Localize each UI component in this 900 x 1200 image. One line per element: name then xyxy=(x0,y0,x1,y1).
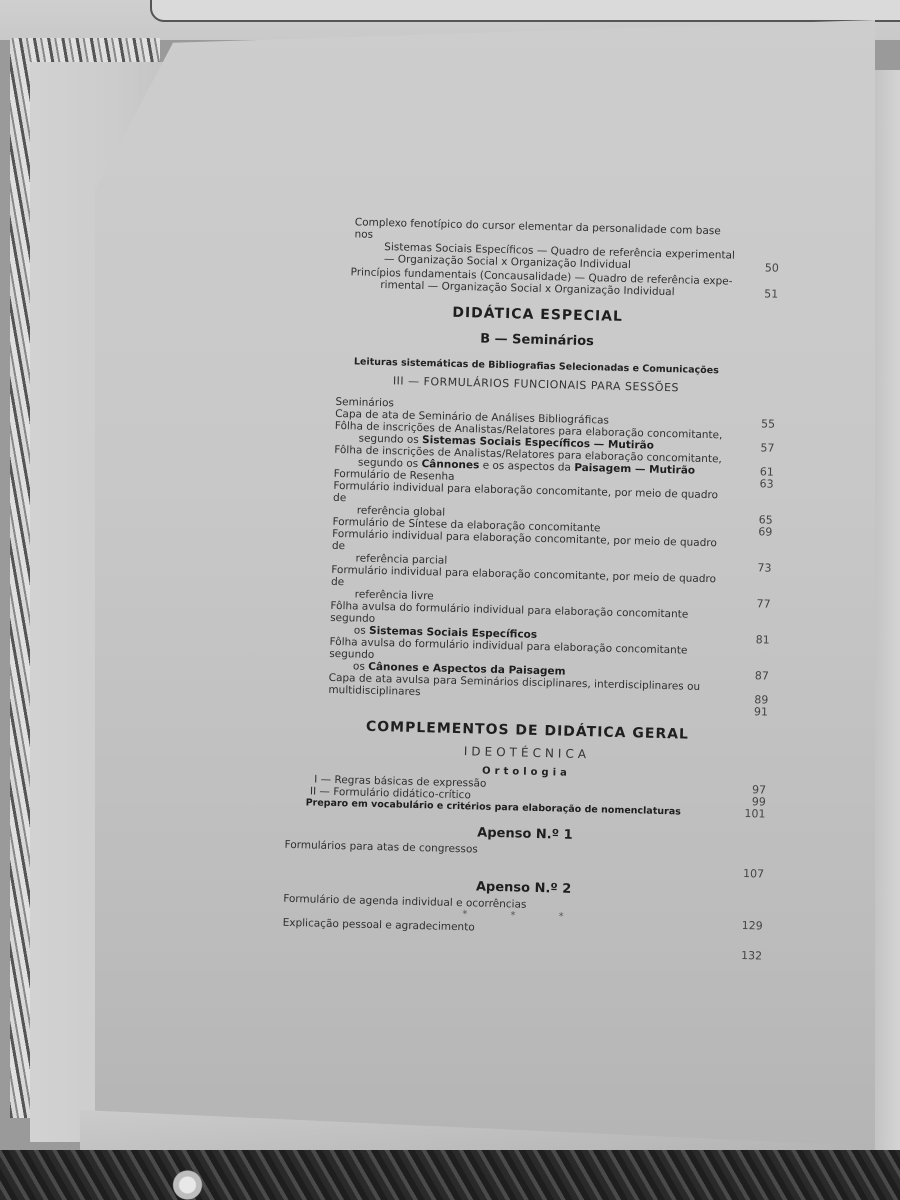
fabric-flower-pattern xyxy=(165,1165,210,1200)
photo-scene: Complexo fenotípico do cursor elementar … xyxy=(0,0,900,1200)
page-number: 55 xyxy=(745,418,775,431)
table-of-contents: Complexo fenotípico do cursor elementar … xyxy=(283,215,780,941)
page-number: 57 xyxy=(744,442,774,455)
background-device-edge xyxy=(150,0,900,22)
page-number: 73 xyxy=(741,562,771,575)
page-number: 132 xyxy=(732,950,762,963)
page-number: 51 xyxy=(748,288,778,301)
page-number: 69 xyxy=(742,526,772,539)
didatica-entries: Seminários Capa de ata de Seminário de A… xyxy=(288,395,775,719)
page-number: 107 xyxy=(734,868,764,881)
page-number: 77 xyxy=(740,598,770,611)
page-number: 63 xyxy=(743,478,773,491)
page-number: 91 xyxy=(738,706,768,719)
page-number: 101 xyxy=(735,808,765,821)
page-number: 81 xyxy=(740,634,770,647)
page-number: 87 xyxy=(739,670,769,683)
page-number: 50 xyxy=(749,262,779,275)
dark-fabric xyxy=(0,1150,900,1200)
